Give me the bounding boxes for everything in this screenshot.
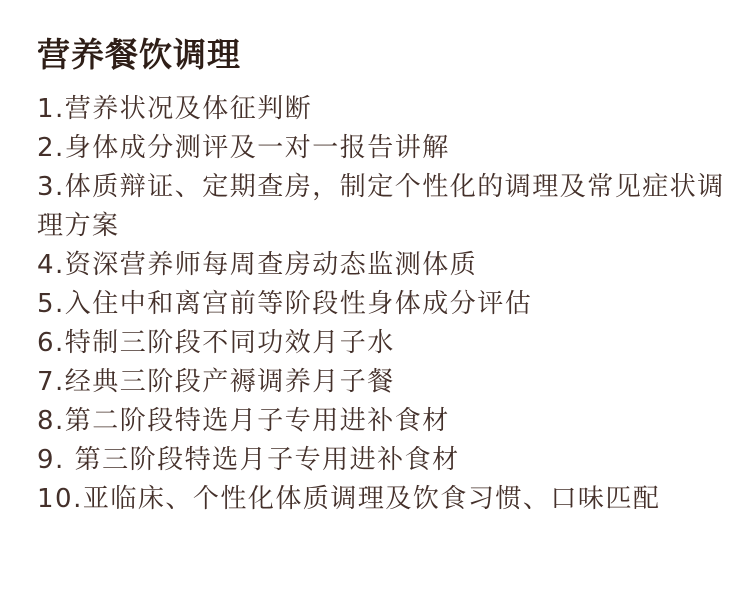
list-item: 3.体质辩证、定期查房，制定个性化的调理及常见症状调理方案 [37, 168, 737, 246]
page-title: 营养餐饮调理 [37, 36, 737, 74]
list-item: 1.营养状况及体征判断 [37, 90, 737, 129]
list-item: 8.第二阶段特选月子专用进补食材 [37, 402, 737, 441]
list-item: 5.入住中和离宫前等阶段性身体成分评估 [37, 285, 737, 324]
list-item: 10.亚临床、个性化体质调理及饮食习惯、口味匹配 [37, 480, 737, 519]
list-item: 2.身体成分测评及一对一报告讲解 [37, 129, 737, 168]
list-item: 7.经典三阶段产褥调养月子餐 [37, 363, 737, 402]
list-item: 6.特制三阶段不同功效月子水 [37, 324, 737, 363]
list-item: 9. 第三阶段特选月子专用进补食材 [37, 441, 737, 480]
document-page: 营养餐饮调理 1.营养状况及体征判断 2.身体成分测评及一对一报告讲解 3.体质… [0, 0, 750, 598]
service-list: 1.营养状况及体征判断 2.身体成分测评及一对一报告讲解 3.体质辩证、定期查房… [37, 90, 737, 519]
list-item: 4.资深营养师每周查房动态监测体质 [37, 246, 737, 285]
